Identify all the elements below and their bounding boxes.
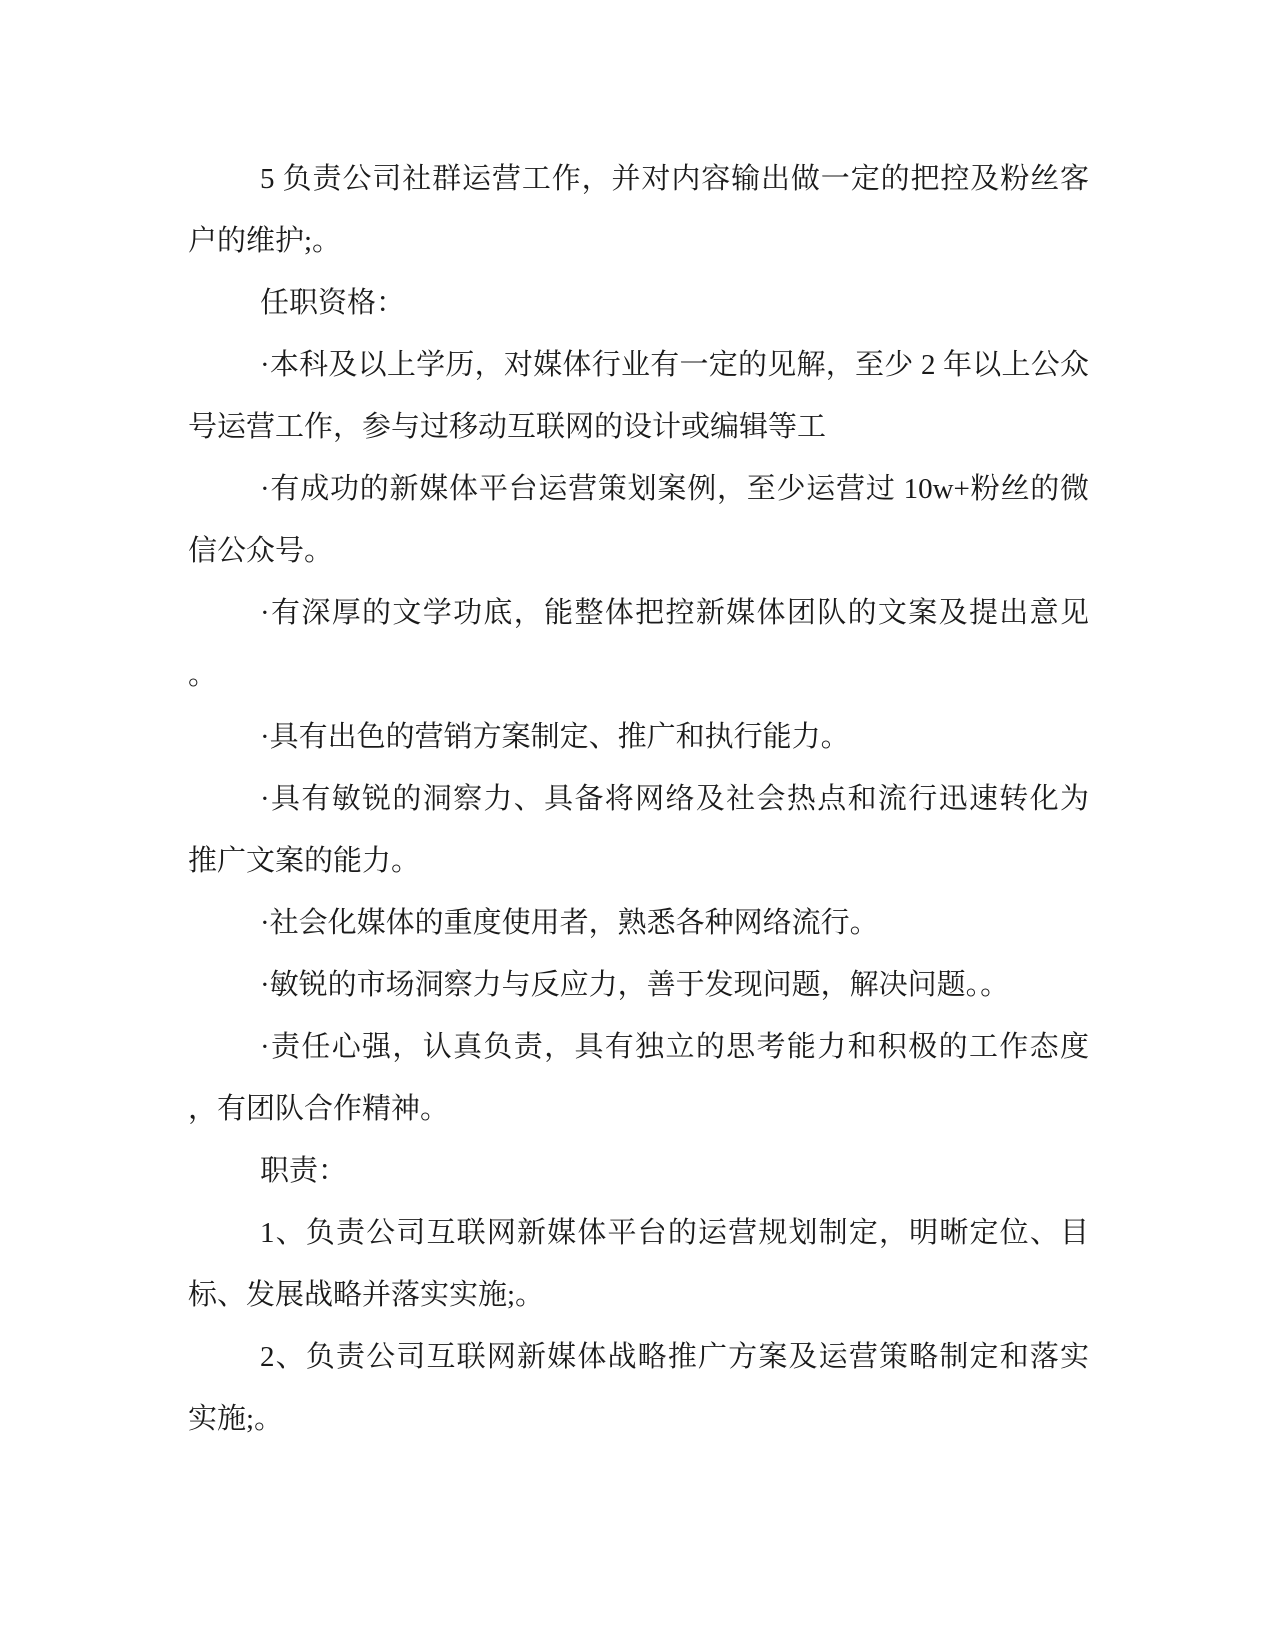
text-line: ·社会化媒体的重度使用者，熟悉各种网络流行。 bbox=[188, 892, 1089, 954]
text-line: ·本科及以上学历，对媒体行业有一定的见解，至少 2 年以上公众 bbox=[188, 334, 1089, 396]
text-line: 5 负责公司社群运营工作，并对内容输出做一定的把控及粉丝客 bbox=[188, 148, 1089, 210]
text-line: ·敏锐的市场洞察力与反应力，善于发现问题，解决问题。。 bbox=[188, 954, 1089, 1016]
text-line: ·有深厚的文学功底，能整体把控新媒体团队的文案及提出意见 bbox=[188, 582, 1089, 644]
text-line: 户的维护;。 bbox=[188, 210, 1089, 272]
text-line: 任职资格： bbox=[188, 272, 1089, 334]
document-body: 5 负责公司社群运营工作，并对内容输出做一定的把控及粉丝客户的维护;。任职资格：… bbox=[188, 148, 1089, 1450]
text-line: ·有成功的新媒体平台运营策划案例，至少运营过 10w+粉丝的微 bbox=[188, 458, 1089, 520]
text-line: 推广文案的能力。 bbox=[188, 830, 1089, 892]
text-line: ·具有敏锐的洞察力、具备将网络及社会热点和流行迅速转化为 bbox=[188, 768, 1089, 830]
text-line: 号运营工作，参与过移动互联网的设计或编辑等工 bbox=[188, 396, 1089, 458]
text-line: ，有团队合作精神。 bbox=[188, 1078, 1089, 1140]
text-line: 。 bbox=[188, 644, 1089, 706]
text-line: ·责任心强，认真负责，具有独立的思考能力和积极的工作态度 bbox=[188, 1016, 1089, 1078]
text-line: 信公众号。 bbox=[188, 520, 1089, 582]
text-line: ·具有出色的营销方案制定、推广和执行能力。 bbox=[188, 706, 1089, 768]
text-line: 2、负责公司互联网新媒体战略推广方案及运营策略制定和落实 bbox=[188, 1326, 1089, 1388]
text-line: 职责： bbox=[188, 1140, 1089, 1202]
text-line: 标、发展战略并落实实施;。 bbox=[188, 1264, 1089, 1326]
document-page: 5 负责公司社群运营工作，并对内容输出做一定的把控及粉丝客户的维护;。任职资格：… bbox=[0, 0, 1275, 1650]
text-line: 1、负责公司互联网新媒体平台的运营规划制定，明晰定位、目 bbox=[188, 1202, 1089, 1264]
text-line: 实施;。 bbox=[188, 1388, 1089, 1450]
